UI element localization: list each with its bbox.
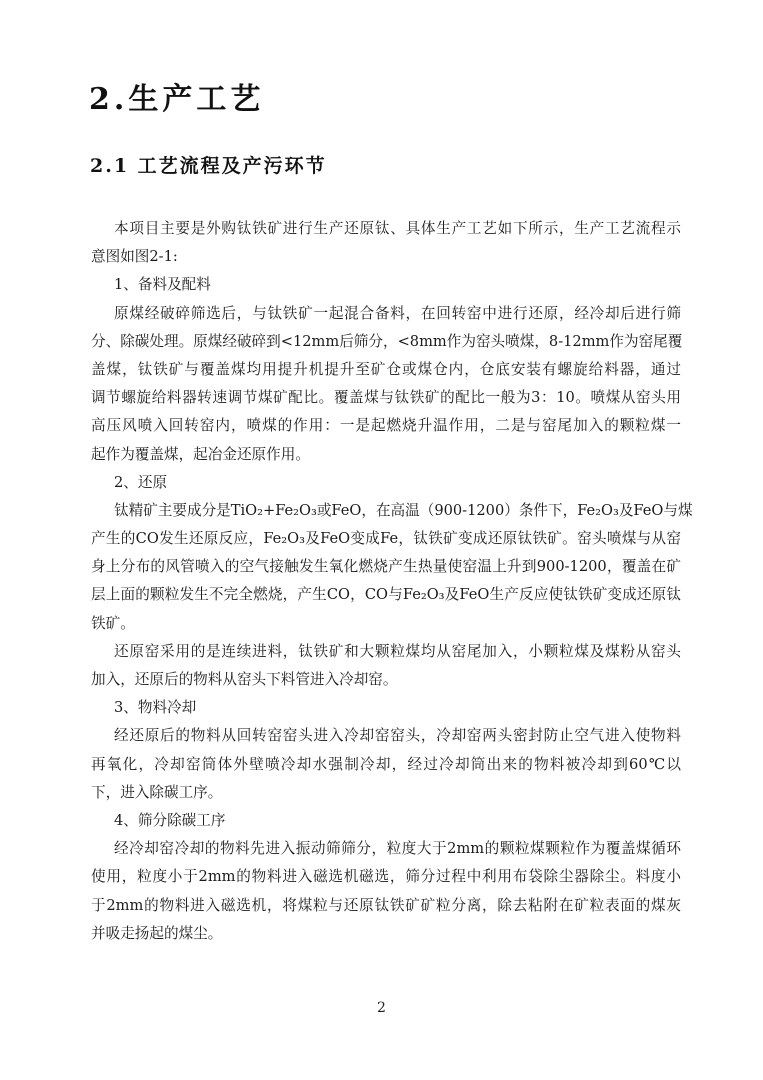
paragraph-line: 并吸走扬起的煤尘。 <box>91 920 681 948</box>
step-heading: 3、物料冷却 <box>91 694 681 722</box>
paragraph-line: 钛精矿主要成分是TiO₂+Fe₂O₃或FeO，在高温（900-1200）条件下，… <box>91 497 681 525</box>
paragraph-line: 高压风喷入回转窑内，喷煤的作用：一是起燃烧升温作用，二是与窑尾加入的颗粒煤一 <box>91 412 681 440</box>
step-heading: 2、还原 <box>91 469 681 497</box>
paragraph-line: 本项目主要是外购钛铁矿进行生产还原钛、具体生产工艺如下所示，生产工艺流程示 <box>91 215 681 243</box>
paragraph-line: 再氧化，冷却窑筒体外壁喷冷却水强制冷却，经过冷却筒出来的物料被冷却到60℃以 <box>91 751 681 779</box>
paragraph-line: 起作为覆盖煤，起冶金还原作用。 <box>91 441 681 469</box>
step-heading: 4、筛分除碳工序 <box>91 807 681 835</box>
paragraph-line: 铁矿。 <box>91 610 681 638</box>
step-heading: 1、备料及配料 <box>91 271 681 299</box>
document-body: 本项目主要是外购钛铁矿进行生产还原钛、具体生产工艺如下所示，生产工艺流程示 意图… <box>91 215 681 948</box>
paragraph-line: 产生的CO发生还原反应，Fe₂O₃及FeO变成Fe，钛铁矿变成还原钛铁矿。窑头喷… <box>91 525 681 553</box>
paragraph-line: 原煤经破碎筛选后，与钛铁矿一起混合备料，在回转窑中进行还原，经冷却后进行筛 <box>91 300 681 328</box>
paragraph-line: 调节螺旋给料器转速调节煤矿配比。覆盖煤与钛铁矿的配比一般为3：10。喷煤从窑头用 <box>91 384 681 412</box>
chapter-title: 2.生产工艺 <box>89 80 264 120</box>
paragraph-line: 经还原后的物料从回转窑窑头进入冷却窑窑头，冷却窑两头密封防止空气进入使物料 <box>91 722 681 750</box>
document-page: 2.生产工艺 2.1 工艺流程及产污环节 本项目主要是外购钛铁矿进行生产还原钛、… <box>0 0 763 1080</box>
paragraph-line: 下，进入除碳工序。 <box>91 779 681 807</box>
paragraph-line: 还原窑采用的是连续进料，钛铁矿和大颗粒煤均从窑尾加入，小颗粒煤及煤粉从窑头 <box>91 638 681 666</box>
paragraph-line: 加入，还原后的物料从窑头下料管进入冷却窑。 <box>91 666 681 694</box>
paragraph-line: 身上分布的风管喷入的空气接触发生氧化燃烧产生热量使窑温上升到900-1200，覆… <box>91 553 681 581</box>
paragraph-line: 使用，粒度小于2mm的物料进入磁选机磁选，筛分过程中利用布袋除尘器除尘。料度小 <box>91 863 681 891</box>
paragraph-line: 意图如图2-1: <box>91 243 681 271</box>
paragraph-line: 分、除碳处理。原煤经破碎到<12mm后筛分，<8mm作为窑头喷煤，8-12mm作… <box>91 328 681 356</box>
paragraph-line: 层上面的颗粒发生不完全燃烧，产生CO，CO与Fe₂O₃及FeO生产反应使钛铁矿变… <box>91 581 681 609</box>
page-number: 2 <box>0 1000 763 1016</box>
section-title: 2.1 工艺流程及产污环节 <box>90 152 327 180</box>
paragraph-line: 于2mm的物料进入磁选机，将煤粒与还原钛铁矿矿粒分离，除去粘附在矿粒表面的煤灰 <box>91 892 681 920</box>
paragraph-line: 经冷却窑冷却的物料先进入振动筛筛分，粒度大于2mm的颗粒煤颗粒作为覆盖煤循环 <box>91 835 681 863</box>
paragraph-line: 盖煤，钛铁矿与覆盖煤均用提升机提升至矿仓或煤仓内，仓底安装有螺旋给料器，通过 <box>91 356 681 384</box>
